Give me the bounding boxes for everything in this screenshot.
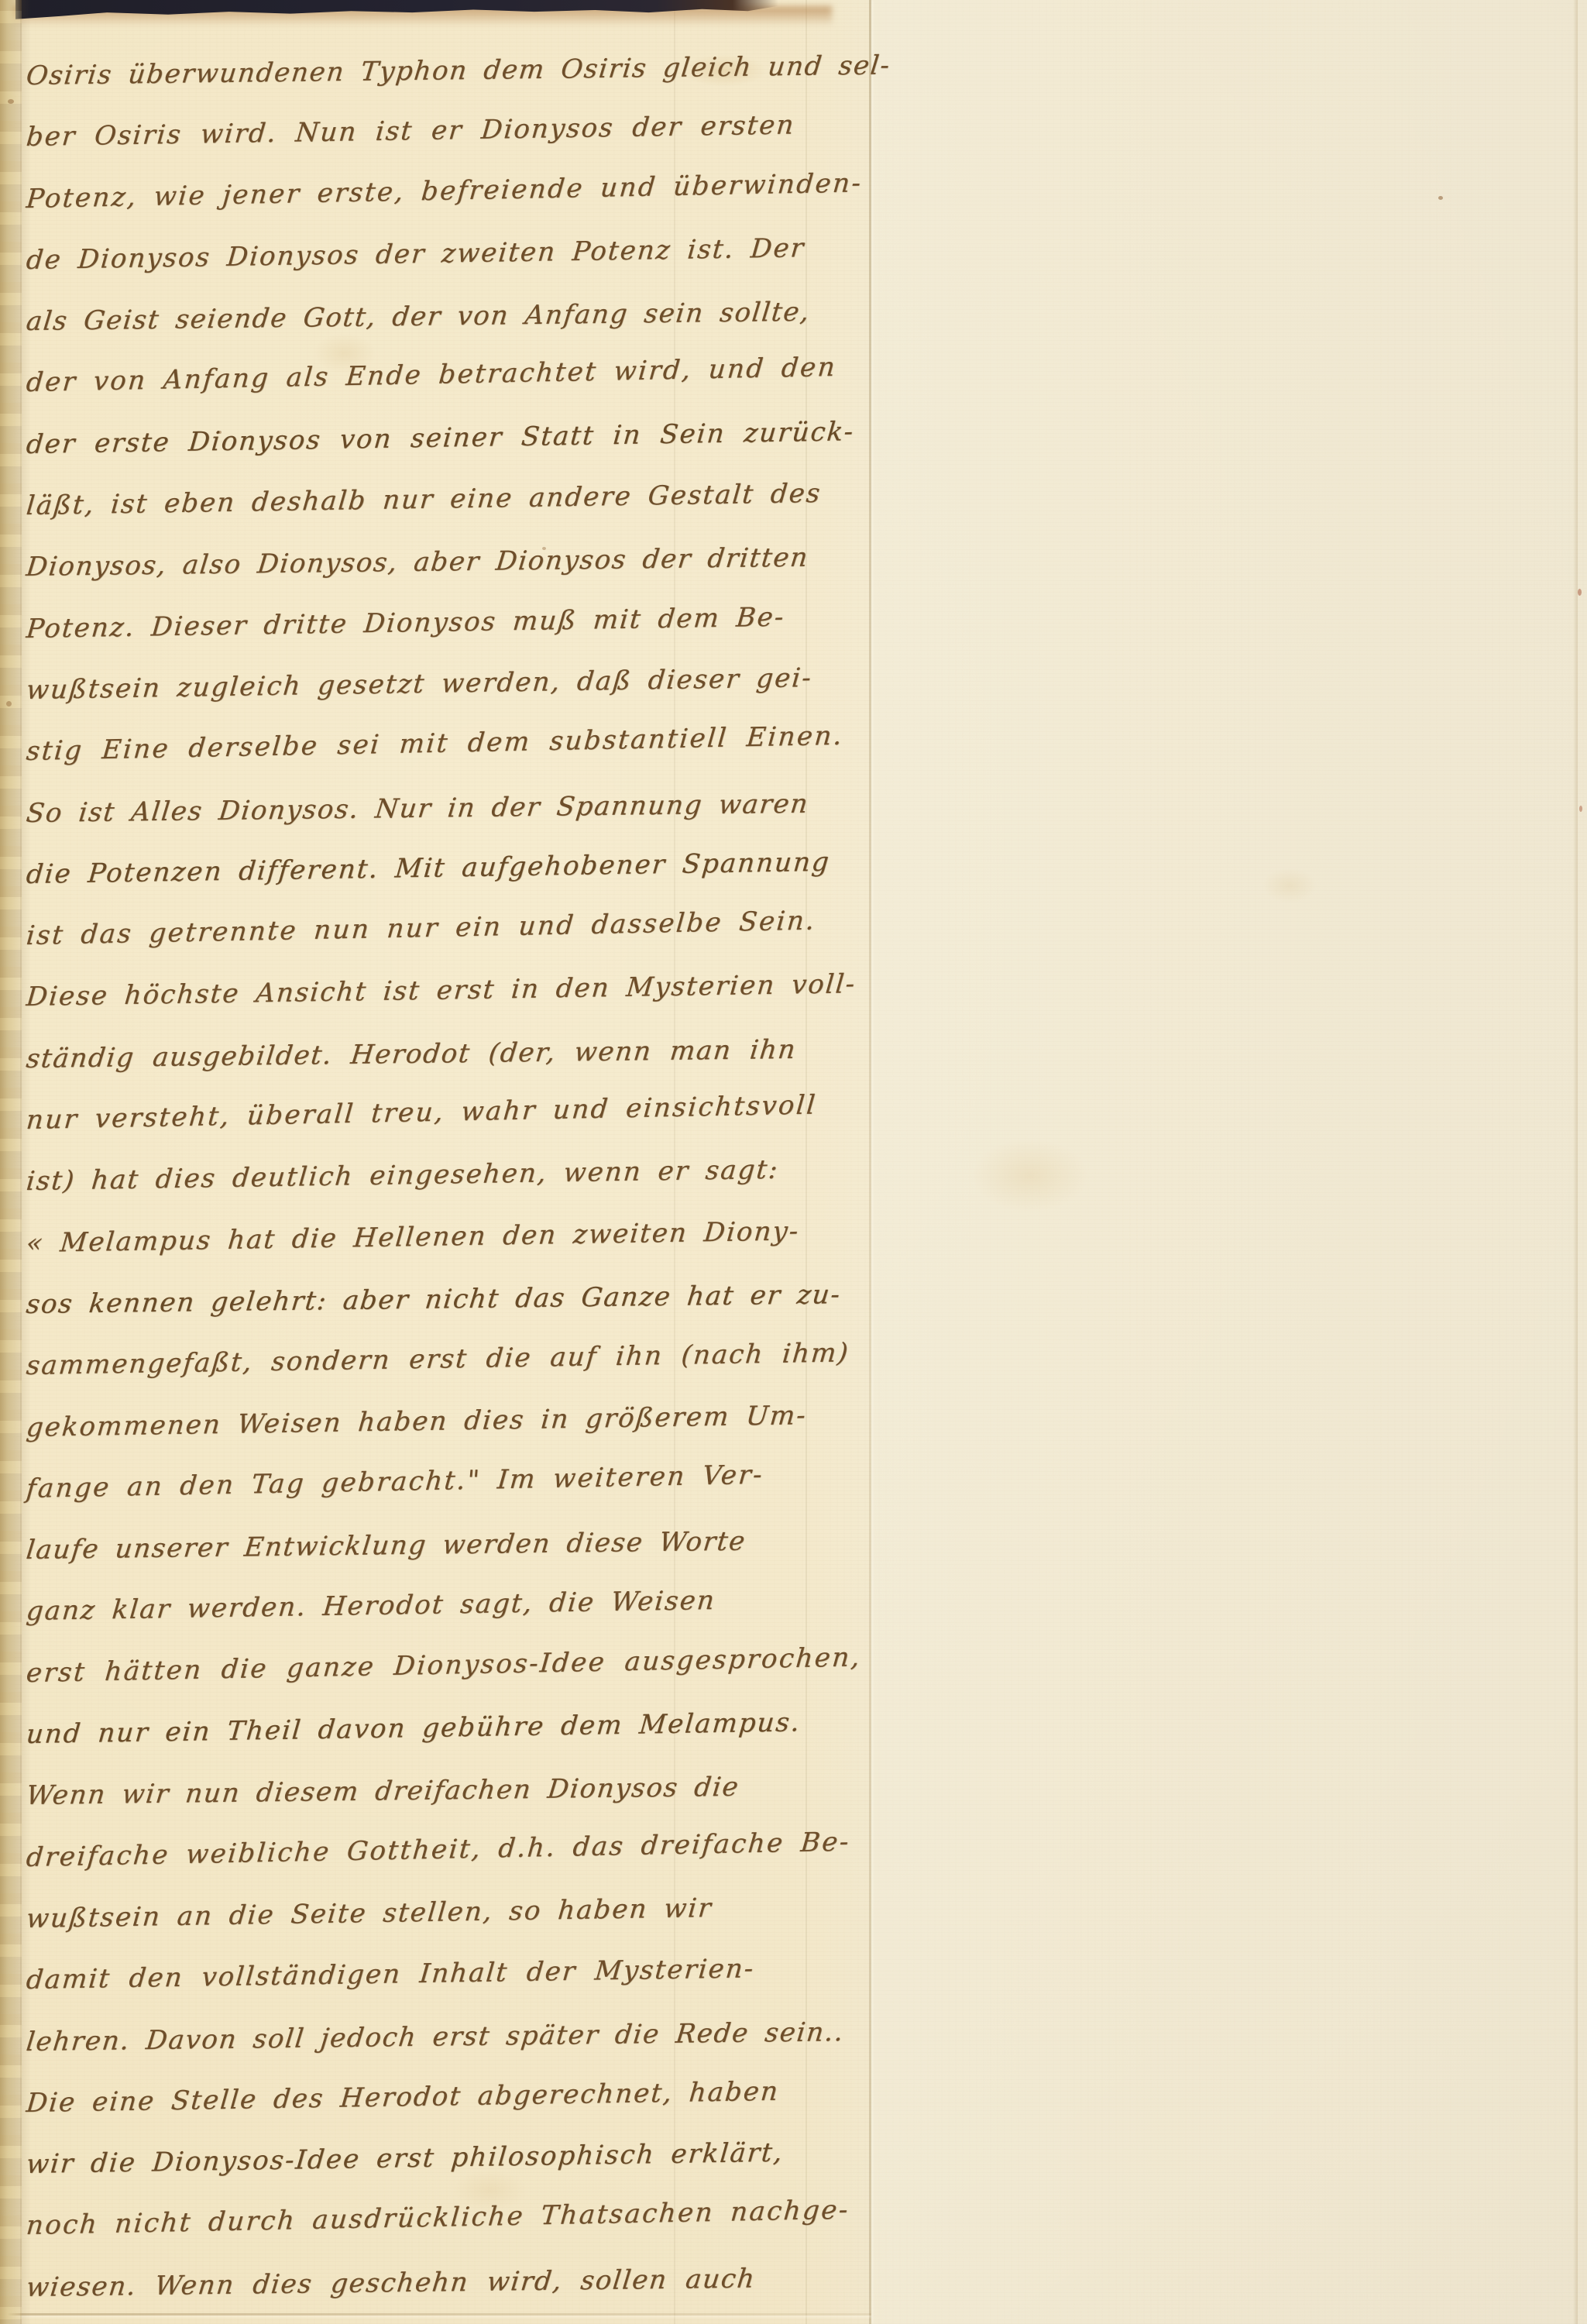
ink-speck	[1438, 196, 1443, 200]
manuscript-line: und nur ein Theil davon gebühre dem Mela…	[23, 1690, 929, 1765]
manuscript-page: Osiris überwundenen Typhon dem Osiris gl…	[0, 0, 1587, 2324]
edge-marbling-speck	[1578, 589, 1582, 596]
manuscript-line: wiesen. Wenn dies geschehn wird, sollen …	[23, 2246, 929, 2318]
manuscript-line: läßt, ist eben deshalb nur eine andere G…	[23, 461, 929, 537]
edge-marbling-speck	[1579, 806, 1582, 812]
adjacent-blank-page-area	[871, 0, 1587, 2324]
paper-stain	[1262, 868, 1317, 903]
right-page-edge	[1573, 0, 1578, 2324]
manuscript-line: damit den vollständigen Inhalt der Myste…	[23, 1935, 929, 2011]
handwritten-text-block: Osiris überwundenen Typhon dem Osiris gl…	[26, 45, 925, 2318]
paper-stain	[972, 1139, 1088, 1212]
manuscript-line: Diese höchste Ansicht ist erst in den My…	[23, 952, 929, 1028]
left-deckle-edge	[0, 0, 22, 2324]
